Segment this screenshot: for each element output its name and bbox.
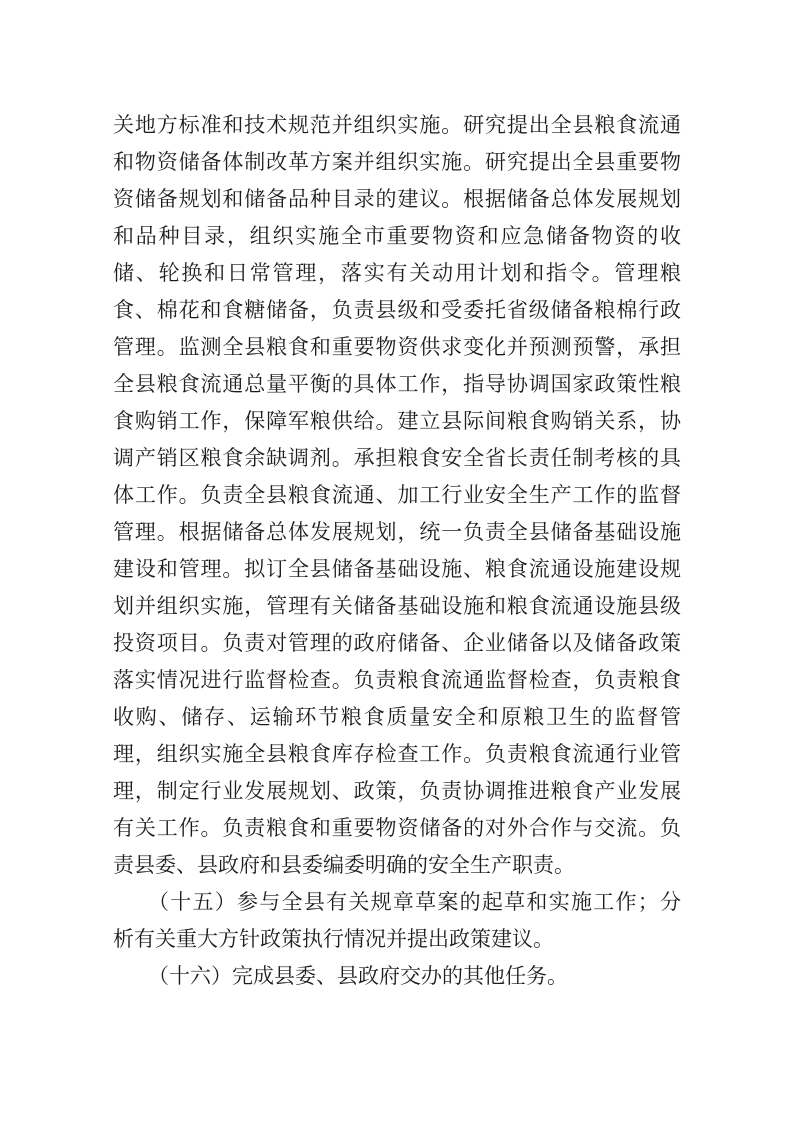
text-line: 划并组织实施，管理有关储备基础设施和粮食流通设施县级: [113, 588, 681, 625]
text-line: 调产销区粮食余缺调剂。承担粮食安全省长责任制考核的具: [113, 440, 681, 477]
document-page: 关地方标准和技术规范并组织实施。研究提出全县粮食流通 和物资储备体制改革方案并组…: [0, 0, 793, 1122]
text-line-paragraph-15: （十五）参与全县有关规章草案的起草和实施工作；分: [113, 884, 681, 921]
text-line: 全县粮食流通总量平衡的具体工作，指导协调国家政策性粮: [113, 366, 681, 403]
text-line: 析有关重大方针政策执行情况并提出政策建议。: [113, 921, 681, 958]
text-line: 理，组织实施全县粮食库存检查工作。负责粮食流通行业管: [113, 736, 681, 773]
body-text: 关地方标准和技术规范并组织实施。研究提出全县粮食流通 和物资储备体制改革方案并组…: [113, 107, 681, 995]
text-line: 关地方标准和技术规范并组织实施。研究提出全县粮食流通: [113, 107, 681, 144]
text-line: 食、棉花和食糖储备，负责县级和受委托省级储备粮棉行政: [113, 292, 681, 329]
text-line: 建设和管理。拟订全县储备基础设施、粮食流通设施建设规: [113, 551, 681, 588]
text-line: 理，制定行业发展规划、政策，负责协调推进粮食产业发展: [113, 773, 681, 810]
text-line: 和品种目录，组织实施全市重要物资和应急储备物资的收: [113, 218, 681, 255]
text-line: 责县委、县政府和县委编委明确的安全生产职责。: [113, 847, 681, 884]
text-line-paragraph-16: （十六）完成县委、县政府交办的其他任务。: [113, 958, 681, 995]
text-line: 资储备规划和储备品种目录的建议。根据储备总体发展规划: [113, 181, 681, 218]
text-line: 有关工作。负责粮食和重要物资储备的对外合作与交流。负: [113, 810, 681, 847]
text-line: 落实情况进行监督检查。负责粮食流通监督检查，负责粮食: [113, 662, 681, 699]
text-line: 和物资储备体制改革方案并组织实施。研究提出全县重要物: [113, 144, 681, 181]
text-line: 管理。根据储备总体发展规划，统一负责全县储备基础设施: [113, 514, 681, 551]
text-line: 食购销工作，保障军粮供给。建立县际间粮食购销关系，协: [113, 403, 681, 440]
text-line: 投资项目。负责对管理的政府储备、企业储备以及储备政策: [113, 625, 681, 662]
text-line: 体工作。负责全县粮食流通、加工行业安全生产工作的监督: [113, 477, 681, 514]
text-line: 储、轮换和日常管理，落实有关动用计划和指令。管理粮: [113, 255, 681, 292]
text-line: 管理。监测全县粮食和重要物资供求变化并预测预警，承担: [113, 329, 681, 366]
text-line: 收购、储存、运输环节粮食质量安全和原粮卫生的监督管: [113, 699, 681, 736]
